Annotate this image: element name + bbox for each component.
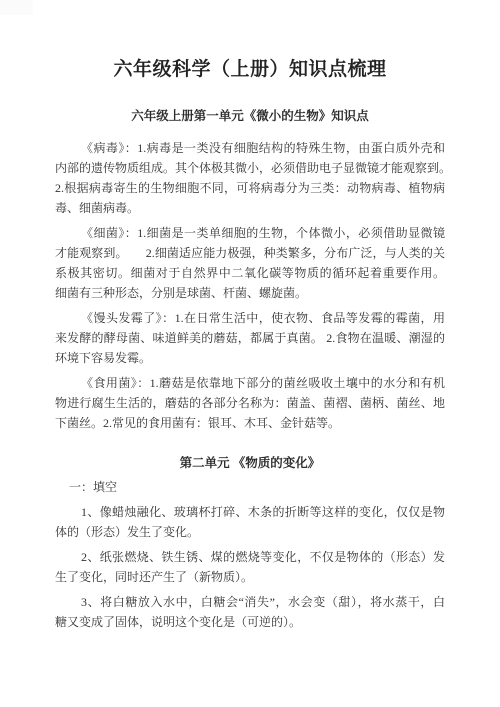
text-line: 3、将白糖放入水中，白糖会“消失”，水会变（甜），将水蒸干，白 — [55, 592, 445, 612]
text-line: 物进行腐生生活的，蘑菇的各部分名称为：菌盖、菌褶、菌柄、菌丝、地 — [55, 393, 445, 413]
document-page: 六年级科学（上册）知识点梳理 六年级上册第一单元《微小的生物》知识点 《病毒》：… — [0, 0, 500, 707]
text-line: 2.根据病毒寄生的生物细胞不同，可将病毒分为三类：动物病毒、植物病 — [55, 178, 445, 198]
unit2-heading: 第二单元 《物质的变化》 — [55, 453, 445, 473]
text-line: 环境下容易发霉。 — [55, 348, 445, 368]
paragraph: 《食用菌》：1.蘑菇是依靠地下部分的菌丝吸收土壤中的水分和有机物进行腐生生活的，… — [55, 373, 445, 433]
paragraph: 2、纸张燃烧、铁生锈、煤的燃烧等变化，不仅是物体的（形态）发生了变化，同时还产生… — [55, 547, 445, 587]
unit2-section: 第二单元 《物质的变化》 一：填空1、像蜡烛融化、玻璃杯打碎、木条的折断等这样的… — [55, 453, 445, 632]
text-line: 才能观察到。 2.细菌适应能力极强，种类繁多，分布广泛，与人类的关 — [55, 243, 445, 263]
paragraph: 3、将白糖放入水中，白糖会“消失”，水会变（甜），将水蒸干，白糖又变成了固体，说… — [55, 592, 445, 632]
text-line: 内部的遗传物质组成。其个体极其微小，必须借助电子显微镜才能观察到。 — [55, 158, 445, 178]
text-line: 《食用菌》：1.蘑菇是依靠地下部分的菌丝吸收土壤中的水分和有机 — [55, 373, 445, 393]
text-line: 细菌有三种形态，分别是球菌、杆菌、螺旋菌。 — [55, 283, 445, 303]
paragraph: 一：填空 — [55, 477, 445, 497]
unit1-section: 六年级上册第一单元《微小的生物》知识点 《病毒》：1.病毒是一类没有细胞结构的特… — [55, 106, 445, 433]
text-line: 糖又变成了固体，说明这个变化是（可逆的）。 — [55, 612, 445, 632]
text-line: 系极其密切。细菌对于自然界中二氧化碳等物质的循环起着重要作用。 — [55, 263, 445, 283]
text-line: 下菌丝。2.常见的食用菌有：银耳、木耳、金针菇等。 — [55, 413, 445, 433]
paragraph: 《病毒》：1.病毒是一类没有细胞结构的特殊生物，由蛋白质外壳和内部的遗传物质组成… — [55, 138, 445, 218]
text-line: 一：填空 — [55, 477, 445, 497]
text-line: 毒、细菌病毒。 — [55, 198, 445, 218]
paragraph: 《馒头发霉了》：1.在日常生活中，使衣物、食品等发霉的霉菌，用来发酵的酵母菌、味… — [55, 308, 445, 368]
text-line: 《病毒》：1.病毒是一类没有细胞结构的特殊生物，由蛋白质外壳和 — [55, 138, 445, 158]
text-line: 2、纸张燃烧、铁生锈、煤的燃烧等变化，不仅是物体的（形态）发 — [55, 547, 445, 567]
text-line: 生了变化，同时还产生了（新物质）。 — [55, 567, 445, 587]
paragraph: 《细菌》：1.细菌是一类单细胞的生物，个体微小，必须借助显微镜才能观察到。 2.… — [55, 223, 445, 303]
unit1-paragraphs: 《病毒》：1.病毒是一类没有细胞结构的特殊生物，由蛋白质外壳和内部的遗传物质组成… — [55, 138, 445, 433]
text-line: 《馒头发霉了》：1.在日常生活中，使衣物、食品等发霉的霉菌，用 — [55, 308, 445, 328]
paragraph: 1、像蜡烛融化、玻璃杯打碎、木条的折断等这样的变化，仅仅是物体的（形态）发生了变… — [55, 502, 445, 542]
unit1-heading: 六年级上册第一单元《微小的生物》知识点 — [55, 106, 445, 126]
text-line: 体的（形态）发生了变化。 — [55, 522, 445, 542]
text-line: 《细菌》：1.细菌是一类单细胞的生物，个体微小，必须借助显微镜 — [55, 223, 445, 243]
text-line: 来发酵的酵母菌、味道鲜美的蘑菇，都属于真菌。 2.食物在温暖、潮湿的 — [55, 328, 445, 348]
scan-artifact — [0, 0, 33, 15]
unit2-paragraphs: 一：填空1、像蜡烛融化、玻璃杯打碎、木条的折断等这样的变化，仅仅是物体的（形态）… — [55, 477, 445, 632]
document-title: 六年级科学（上册）知识点梳理 — [55, 56, 445, 84]
text-line: 1、像蜡烛融化、玻璃杯打碎、木条的折断等这样的变化，仅仅是物 — [55, 502, 445, 522]
